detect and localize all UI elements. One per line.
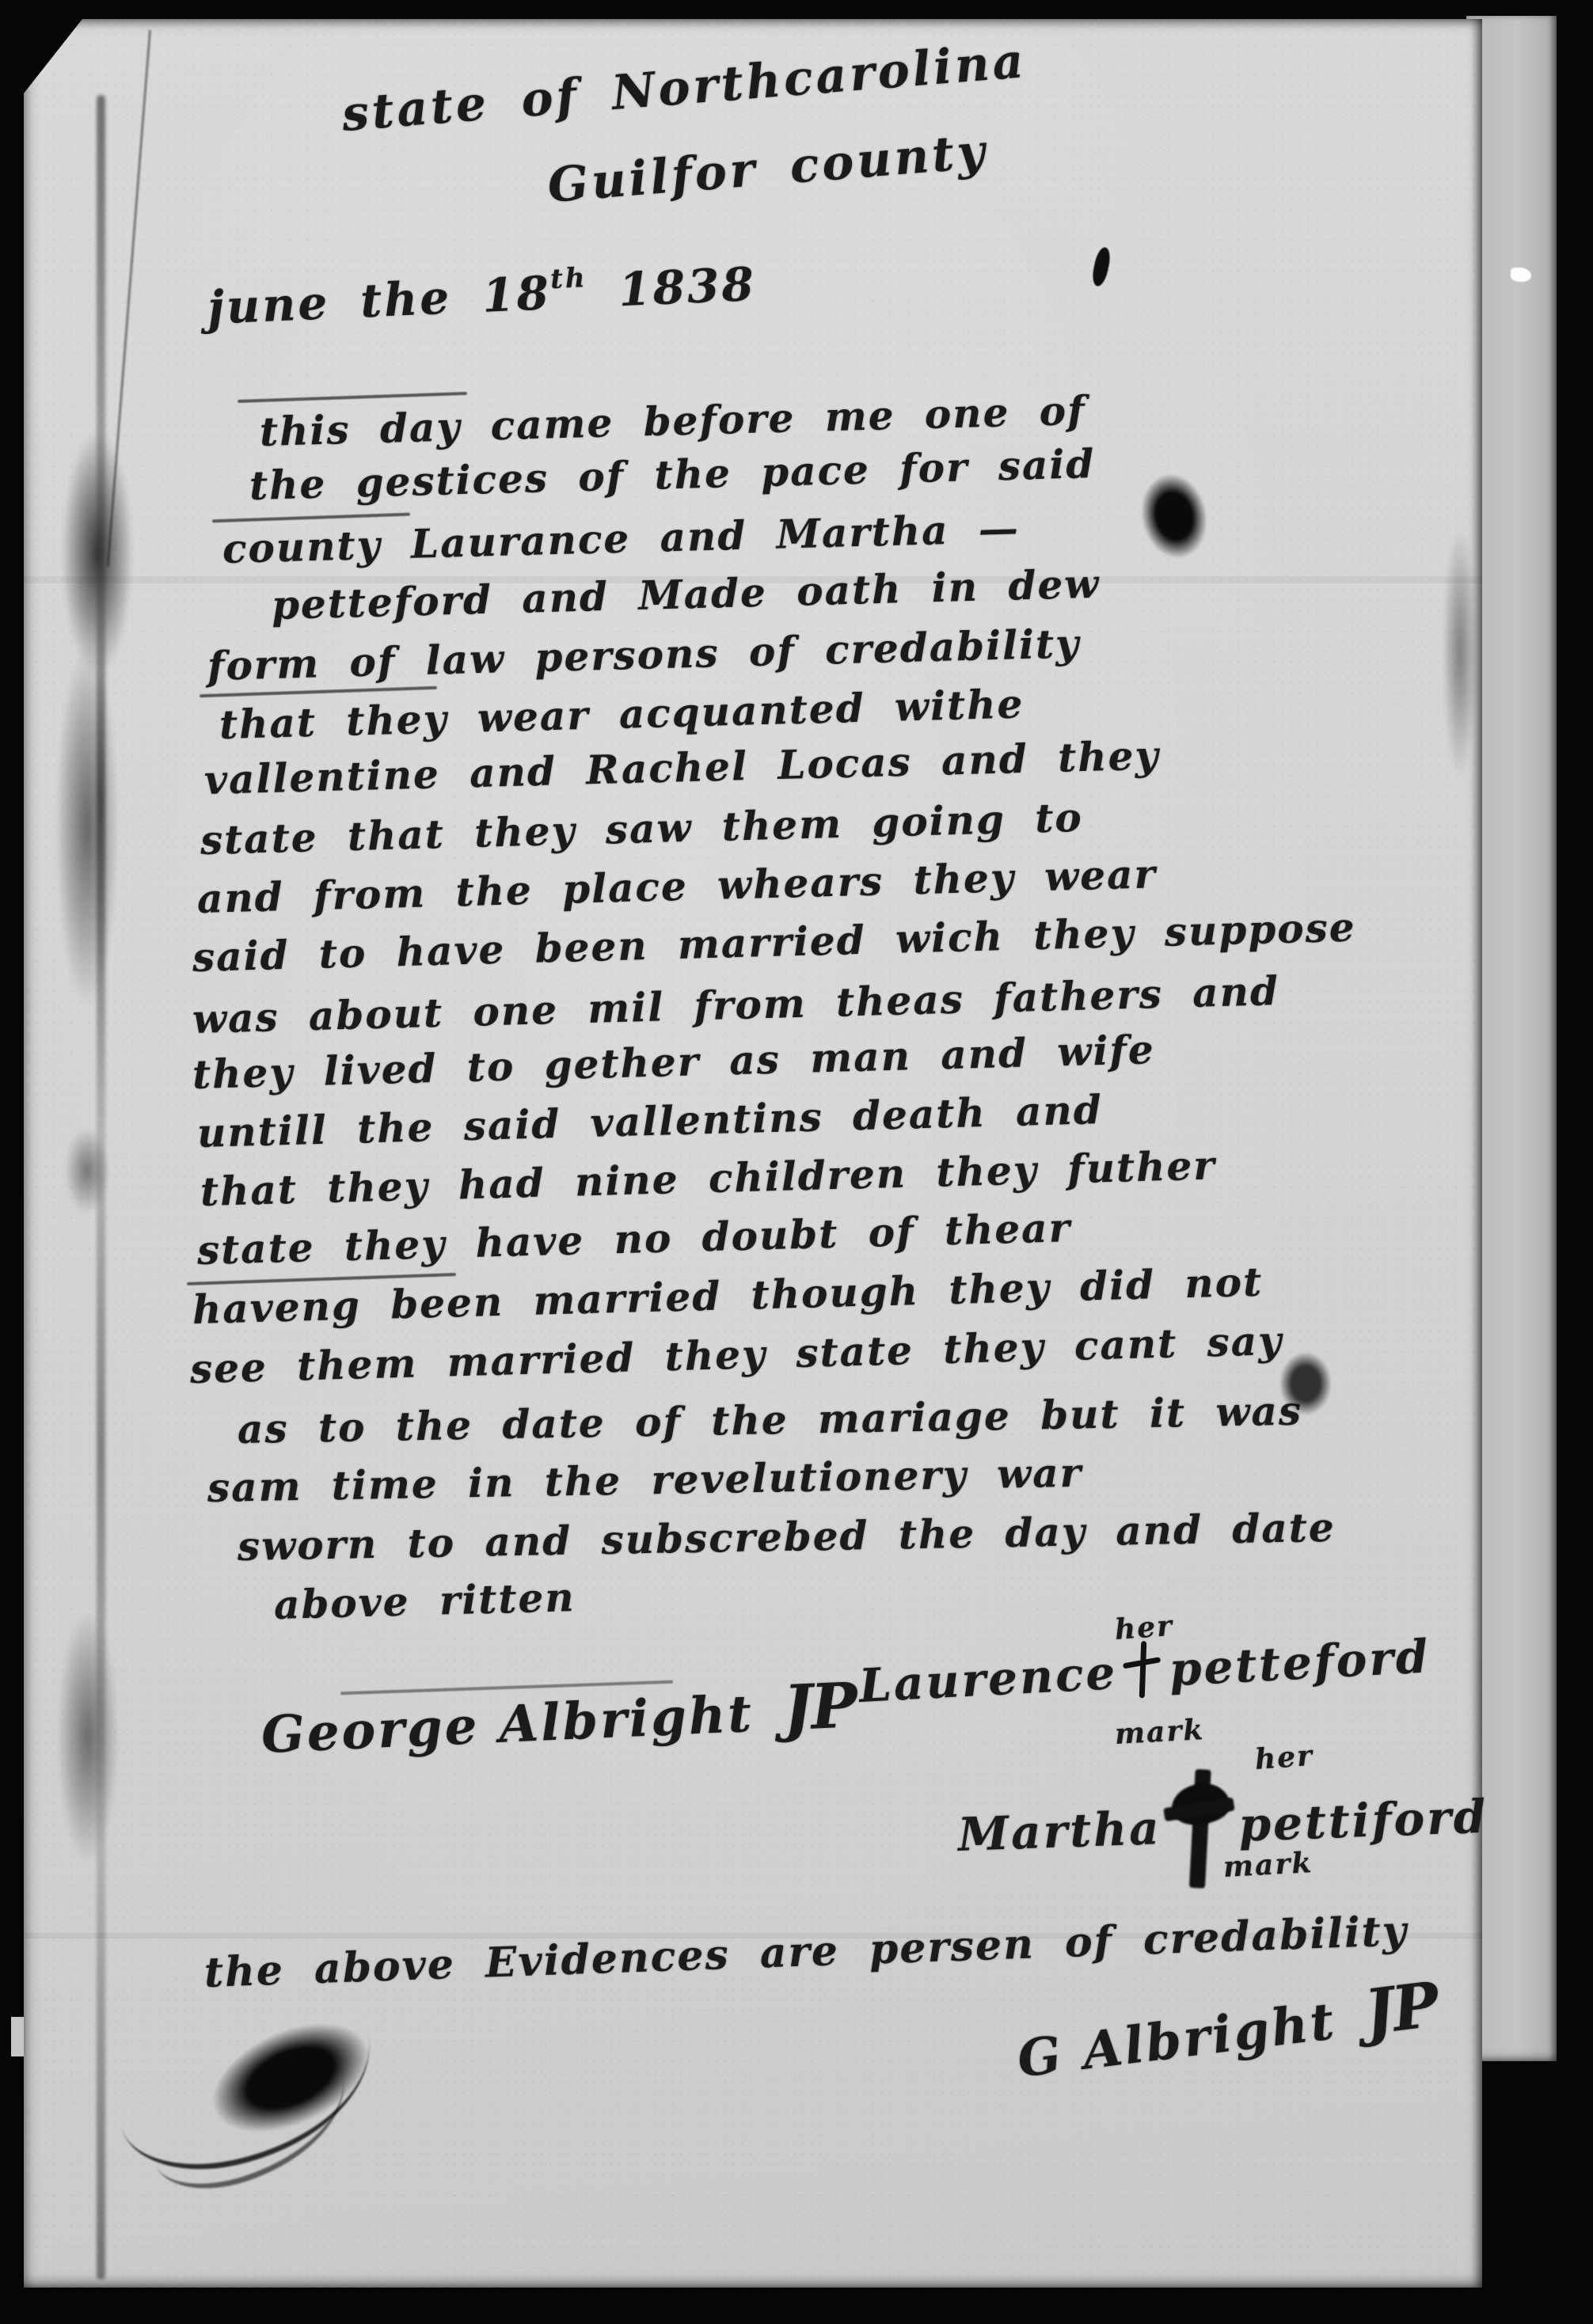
handwritten-line: form of law persons of credability xyxy=(207,620,1081,689)
her-mark-cross-icon xyxy=(1123,1640,1163,1699)
date-day: june the 18 xyxy=(207,266,553,335)
date-ordinal: th xyxy=(549,262,587,295)
pen-stroke xyxy=(238,392,467,403)
handwritten-line: petteford and Made oath in dew xyxy=(271,560,1101,628)
mark-label: mark xyxy=(1114,1713,1205,1751)
handwritten-line: state they have no doubt of thear xyxy=(196,1204,1071,1274)
white-speck xyxy=(1511,268,1531,282)
heading-county-line: Guilfor county xyxy=(546,123,990,213)
jp-flourish: JP xyxy=(1361,1969,1442,2049)
date-year: 1838 xyxy=(587,257,757,318)
certification-signature: G Albright xyxy=(1014,1992,1340,2090)
deponent-last-name: pettiford xyxy=(1238,1790,1488,1852)
handwritten-line: above ritten xyxy=(273,1574,576,1628)
handwritten-line: sworn to and subscrebed the day and date xyxy=(237,1504,1336,1570)
ink-blob xyxy=(1171,1783,1231,1826)
mark-label: mark xyxy=(1222,1846,1314,1884)
justice-signature: George Albright xyxy=(260,1684,755,1765)
date-line: june the 18th 1838 xyxy=(206,255,757,335)
deponent-first-name: Martha xyxy=(957,1801,1162,1862)
ink-blot xyxy=(1279,1352,1332,1415)
jp-flourish: JP xyxy=(782,1669,857,1745)
handwritten-line: untill the said vallentins death and xyxy=(196,1086,1103,1156)
scanned-document: state of Northcarolina Guilfor county ju… xyxy=(0,0,1593,2324)
deponent-first-name: Laurence xyxy=(857,1646,1119,1713)
handwriting-layer: state of Northcarolina Guilfor county ju… xyxy=(0,0,1593,2324)
handwritten-line: state that they saw them going to xyxy=(200,794,1083,864)
certification-line: the above Evidences are persen of credab… xyxy=(203,1907,1409,1997)
ink-mark xyxy=(1090,246,1112,288)
handwritten-line: sam time in the revelutionery war xyxy=(207,1449,1082,1511)
handwritten-line: as to the date of the mariage but it was xyxy=(237,1388,1302,1452)
heading-state-line: state of Northcarolina xyxy=(340,33,1028,142)
handwritten-line: and from the place whears they wear xyxy=(196,850,1157,922)
certification-signature-row: G AlbrightJP xyxy=(1013,1969,1441,2091)
deponent-last-name: petteford xyxy=(1168,1629,1431,1696)
ink-blot xyxy=(1134,468,1215,565)
